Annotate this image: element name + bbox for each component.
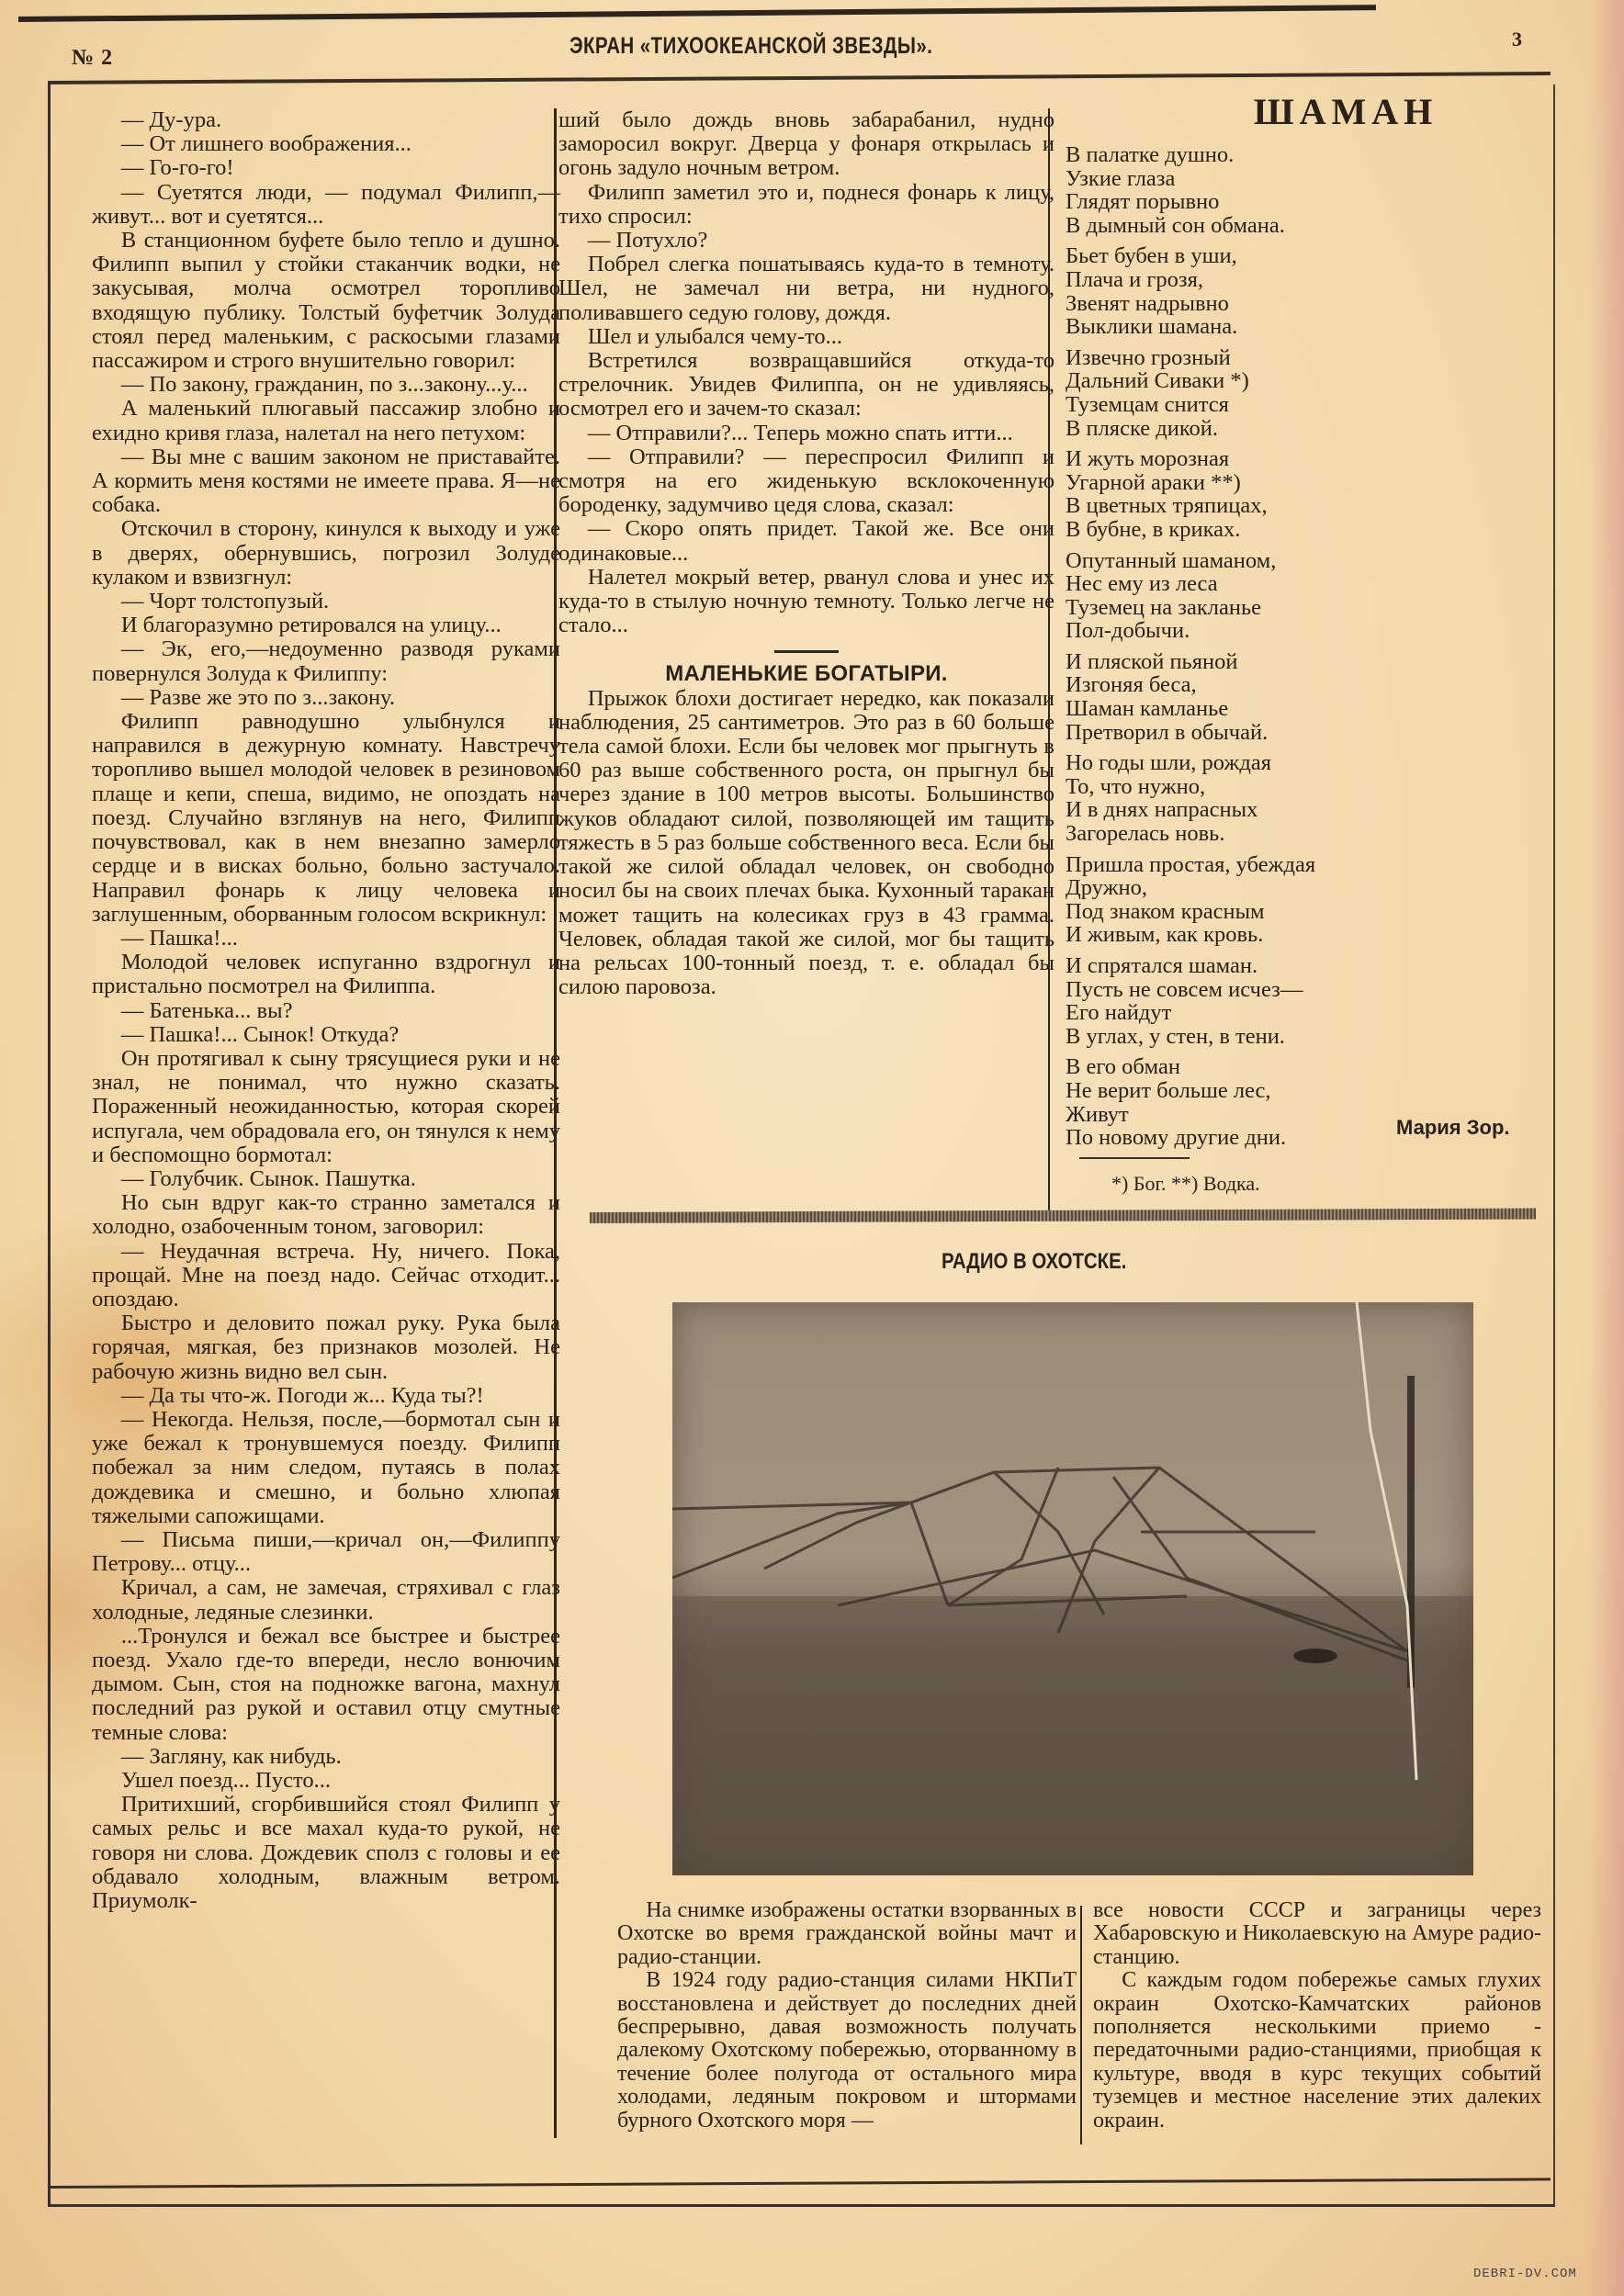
paragraph: Он протягивал к сыну трясущиеся руки и н… xyxy=(92,1047,560,1167)
radio-article-title: РАДИО В ОХОТСКЕ. xyxy=(942,1249,1126,1275)
paragraph: — Отправили? — переспросил Филипп и смот… xyxy=(558,445,1054,518)
poem-line: В углах, у стен, в тени. xyxy=(1066,1025,1543,1049)
paragraph: Филипп равнодушно улыбнулся и направился… xyxy=(92,710,560,927)
paragraph: В 1924 году радио-станция силами НКПиТ в… xyxy=(617,1969,1077,2133)
poem-line: Пол-добычи. xyxy=(1066,619,1543,643)
paragraph: — Чорт толстопузый. xyxy=(92,590,560,613)
poem-line: Пусть не совсем исчез— xyxy=(1066,978,1543,1002)
poem-line: В дымный сон обмана. xyxy=(1066,214,1543,238)
poem-line: В бубне, в криках. xyxy=(1066,518,1543,542)
paragraph: — Батенька... вы? xyxy=(92,999,560,1023)
watermark: DEBRI-DV.COM xyxy=(1473,2267,1577,2281)
paragraph: Быстро и деловито пожал руку. Рука была … xyxy=(92,1311,560,1384)
poem-line: Плача и грозя, xyxy=(1066,268,1543,292)
paragraph: Встретился возвращавшийся откуда-то стре… xyxy=(558,349,1054,422)
paragraph: — По закону, гражданин, по з...закону...… xyxy=(92,373,560,397)
poem-stanza: Извечно грозныйДальний Сиваки *)Туземцам… xyxy=(1066,346,1543,440)
paragraph: Но сын вдруг как-то странно заметался и … xyxy=(92,1191,560,1239)
paragraph: — Го-го-го! xyxy=(92,156,560,180)
poem-line: В пляске дикой. xyxy=(1066,417,1543,441)
paragraph: — Ду-ура. xyxy=(92,108,560,132)
paragraph: — Суетятся люди, — подумал Филипп,—живут… xyxy=(92,181,560,229)
poem-line: Туземцам снится xyxy=(1066,393,1543,417)
paragraph: Ушел поезд... Пусто... xyxy=(92,1769,560,1793)
photo-ruined-radio-masts xyxy=(672,1302,1473,1875)
poem-title: ШАМАН xyxy=(1066,92,1543,132)
photo-illustration xyxy=(672,1302,1473,1875)
paragraph: В станционном буфете было тепло и душно.… xyxy=(92,229,560,373)
issue-number: № 2 xyxy=(72,46,113,71)
paragraph: — Некогда. Нельзя, после,—бормотал сын и… xyxy=(92,1408,560,1528)
paragraph: — Голубчик. Сынок. Пашутка. xyxy=(92,1167,560,1191)
poem-stanza: Но годы шли, рождаяТо, что нужно,И в дня… xyxy=(1066,751,1543,845)
poem-stanza: Опутанный шаманом,Нес ему из лесаТуземец… xyxy=(1066,549,1543,643)
poem-line: Угарной араки **) xyxy=(1066,471,1543,495)
paragraph: Молодой человек испуганно вздрогнул и пр… xyxy=(92,951,560,998)
poem-line: Туземец на закланье xyxy=(1066,596,1543,620)
poem-line: Его найдут xyxy=(1066,1001,1543,1025)
poem-author: Мария Зор. xyxy=(1396,1116,1510,1140)
poem-line: Бьет бубен в уши, xyxy=(1066,244,1543,268)
poem-stanzas: В палатке душно.Узкие глазаГлядят порывн… xyxy=(1066,143,1543,1150)
poem-line: Нес ему из леса xyxy=(1066,572,1543,596)
story-column-middle: ший было дождь вновь забарабанил, нудно … xyxy=(558,108,1054,999)
poem-line: И пляской пьяной xyxy=(1066,650,1543,674)
paragraph: — Потухло? xyxy=(558,229,1054,253)
poem-line: Извечно грозный xyxy=(1066,346,1543,370)
paragraph: ший было дождь вновь забарабанил, нудно … xyxy=(558,108,1054,181)
article-body-small-heroes: Прыжок блохи достигает нередко, как пока… xyxy=(558,687,1054,1000)
poem-line: Пришла простая, убеждая xyxy=(1066,853,1543,877)
page-number: 3 xyxy=(1512,28,1522,51)
story-column-left: — Ду-ура.— От лишнего воображения...— Го… xyxy=(92,108,560,1913)
poem-stanza: Пришла простая, убеждаяДружно,Под знаком… xyxy=(1066,853,1543,947)
paragraph: — Письма пиши,—кричал он,—Филиппу Петров… xyxy=(92,1528,560,1576)
paragraph: — Пашка!... Сынок! Откуда? xyxy=(92,1023,560,1047)
poem-line: Изгоняя беса, xyxy=(1066,673,1543,697)
paragraph: С каждым годом побережье самых глухих ок… xyxy=(1093,1969,1541,2133)
poem-footnote: *) Бог. **) Водка. xyxy=(1111,1172,1260,1196)
paragraph: Отскочил в сторону, кинулся к выходу и у… xyxy=(92,517,560,590)
poem-line: В его обман xyxy=(1066,1055,1543,1079)
paragraph: — Пашка!... xyxy=(92,927,560,951)
paragraph: А маленький плюгавый пассажир злобно и е… xyxy=(92,397,560,445)
poem-stanza: И спрятался шаман.Пусть не совсем исчез—… xyxy=(1066,954,1543,1048)
paragraph: — Скоро опять придет. Такой же. Все они … xyxy=(558,517,1054,565)
paragraph: Кричал, а сам, не замечая, стряхивал с г… xyxy=(92,1576,560,1624)
poem-line: Дружно, xyxy=(1066,876,1543,900)
poem-line: То, что нужно, xyxy=(1066,775,1543,799)
paragraph: — Неудачная встреча. Ну, ничего. Пока, п… xyxy=(92,1240,560,1312)
poem-line: И спрятался шаман. xyxy=(1066,954,1543,978)
poem-line: Не верит больше лес, xyxy=(1066,1079,1543,1103)
poem-line: Шаман камланье xyxy=(1066,697,1543,721)
poem-line: Глядят порывно xyxy=(1066,190,1543,214)
poem-line: Выклики шамана. xyxy=(1066,315,1543,339)
poem-line: Но годы шли, рождая xyxy=(1066,751,1543,775)
paragraph: — Загляну, как нибудь. xyxy=(92,1745,560,1769)
poem-line: Претворил в обычай. xyxy=(1066,721,1543,745)
poem-line: Дальний Сиваки *) xyxy=(1066,369,1543,393)
poem-column: ШАМАН В палатке душно.Узкие глазаГлядят … xyxy=(1066,92,1543,1157)
masthead-title: ЭКРАН «ТИХООКЕАНСКОЙ ЗВЕЗДЫ». xyxy=(570,33,932,60)
poem-line: Опутанный шаманом, xyxy=(1066,549,1543,573)
paragraph: На снимке изображены остатки взорванных … xyxy=(617,1899,1077,1969)
paragraph: — Отправили?... Теперь можно спать итти.… xyxy=(558,422,1054,445)
poem-line: Звенят надрывно xyxy=(1066,292,1543,316)
poem-line: И в днях напрасных xyxy=(1066,798,1543,822)
poem-line: Под знаком красным xyxy=(1066,900,1543,924)
paragraph: — От лишнего воображения... xyxy=(92,132,560,156)
article-title-small-heroes: МАЛЕНЬКИЕ БОГАТЫРИ. xyxy=(558,662,1054,686)
paragraph: все новости СССР и заграницы через Хабар… xyxy=(1093,1899,1541,1969)
poem-line: Узкие глаза xyxy=(1066,167,1543,191)
paragraph: Налетел мокрый ветер, рванул слова и уне… xyxy=(558,566,1054,638)
story-continuation: ший было дождь вновь забарабанил, нудно … xyxy=(558,108,1054,637)
paragraph: Побрел слегка пошатываясь куда-то в темн… xyxy=(558,253,1054,325)
paragraph: — Эк, его,—недоуменно разводя руками пов… xyxy=(92,637,560,685)
poem-line: В палатке душно. xyxy=(1066,143,1543,167)
poem-line: И жуть морозная xyxy=(1066,447,1543,471)
paragraph: Филипп заметил это и, поднеся фонарь к л… xyxy=(558,181,1054,229)
paragraph: — Разве же это по з...закону. xyxy=(92,686,560,710)
paragraph: ...Тронулся и бежал все быстрее и быстре… xyxy=(92,1625,560,1745)
poem-stanza: Бьет бубен в уши,Плача и грозя,Звенят на… xyxy=(1066,244,1543,338)
top-rule xyxy=(18,5,1376,22)
footnote-rule xyxy=(1079,1157,1190,1159)
paragraph: И благоразумно ретировался на улицу... xyxy=(92,613,560,637)
section-separator xyxy=(774,650,839,653)
paragraph: — Да ты что-ж. Погоди ж... Куда ты?! xyxy=(92,1384,560,1408)
radio-article-column-2: все новости СССР и заграницы через Хабар… xyxy=(1093,1899,1541,2133)
poem-stanza: И жуть морознаяУгарной араки **)В цветны… xyxy=(1066,447,1543,541)
poem-stanza: В палатке душно.Узкие глазаГлядят порывн… xyxy=(1066,143,1543,237)
poem-stanza: И пляской пьянойИзгоняя беса,Шаман камла… xyxy=(1066,650,1543,744)
column-divider xyxy=(1080,1906,1082,2144)
paragraph: Притихший, сгорбившийся стоял Филипп у с… xyxy=(92,1793,560,1913)
paragraph: — Вы мне с вашим законом не приставайте.… xyxy=(92,445,560,518)
poem-line: Загорелась новь. xyxy=(1066,822,1543,846)
poem-line: В цветных тряпицах, xyxy=(1066,494,1543,518)
paragraph: Шел и улыбался чему-то... xyxy=(558,325,1054,349)
poem-line: И живым, как кровь. xyxy=(1066,923,1543,947)
page-edge-shading xyxy=(1587,0,1624,2296)
radio-article-column-1: На снимке изображены остатки взорванных … xyxy=(617,1899,1077,2133)
